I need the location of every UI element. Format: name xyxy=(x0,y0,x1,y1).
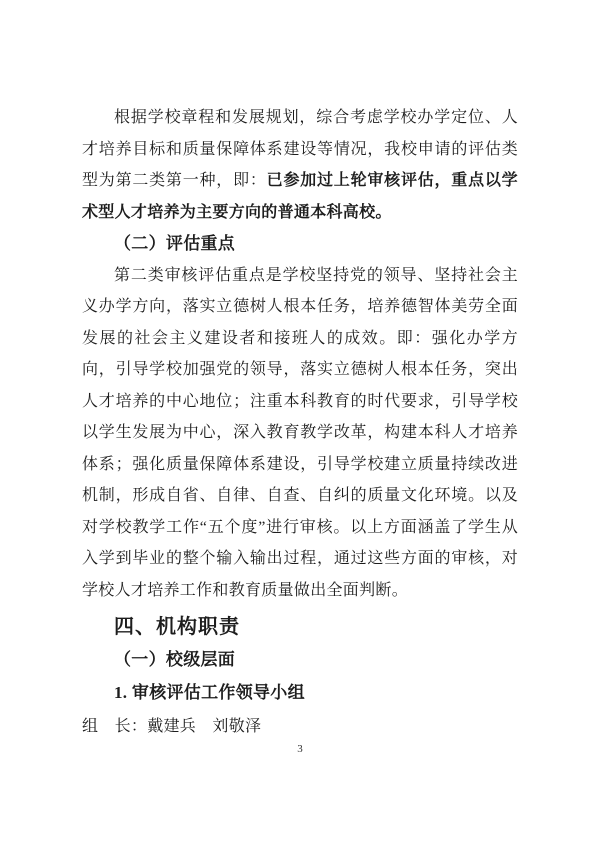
paragraph-evaluation-focus-body: 第二类审核评估重点是学校坚持党的领导、坚持社会主义办学方向，落实立德树人根本任务… xyxy=(82,260,518,607)
paragraph-evaluation-type: 根据学校章程和发展规划，综合考虑学校办学定位、人才培养目标和质量保障体系建设等情… xyxy=(82,102,518,228)
heading-school-level: （一）校级层面 xyxy=(82,644,518,676)
heading-leading-group: 1. 审核评估工作领导小组 xyxy=(82,676,518,710)
heading-evaluation-focus: （二）评估重点 xyxy=(82,228,518,260)
text-run: 第二类审核评估重点是学校坚持党的领导、坚持社会主义办学方向，落实立德树人根本任务… xyxy=(82,267,518,599)
text-run-bold: 1. 审核评估工作领导小组 xyxy=(114,683,305,702)
page-number: 3 xyxy=(0,742,600,756)
text-run-bold: 四、机构职责 xyxy=(114,616,240,638)
document-page: 根据学校章程和发展规划，综合考虑学校办学定位、人才培养目标和质量保障体系建设等情… xyxy=(0,0,600,848)
text-run-bold: （二）评估重点 xyxy=(114,234,235,253)
heading-organization-duties: 四、机构职责 xyxy=(82,610,518,644)
document-content: 根据学校章程和发展规划，综合考虑学校办学定位、人才培养目标和质量保障体系建设等情… xyxy=(82,102,518,744)
text-run: 组 长：戴建兵 刘敬泽 xyxy=(82,718,261,735)
paragraph-group-leaders: 组 长：戴建兵 刘敬泽 xyxy=(82,710,518,744)
text-run-bold: （一）校级层面 xyxy=(114,650,235,669)
